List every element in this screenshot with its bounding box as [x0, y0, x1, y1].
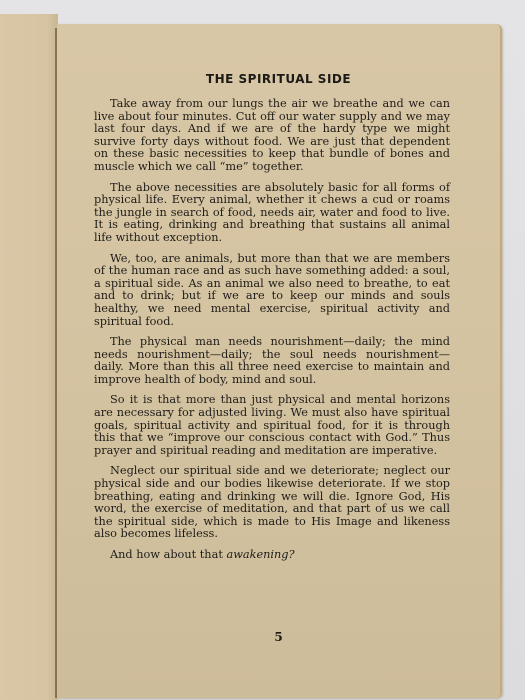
paragraph: Neglect our spiritual side and we deteri… [94, 465, 450, 541]
left-page [0, 14, 58, 700]
paragraph: The above necessities are absolutely bas… [94, 182, 450, 245]
page-body: Take away from our lungs the air we brea… [94, 98, 450, 570]
paragraph: The physical man needs nourishment—daily… [94, 336, 450, 386]
closing-emphasis: awakening? [226, 548, 294, 561]
closing-line: And how about that awakening? [94, 549, 450, 562]
paragraph: We, too, are animals, but more than that… [94, 253, 450, 329]
book-page: THE SPIRITUAL SIDE Take away from our lu… [57, 24, 502, 698]
page-number: 5 [57, 630, 500, 644]
page-title: THE SPIRITUAL SIDE [57, 72, 500, 86]
paragraph: Take away from our lungs the air we brea… [94, 98, 450, 174]
paragraph: So it is that more than just physical an… [94, 394, 450, 457]
closing-prefix: And how about that [110, 548, 226, 561]
